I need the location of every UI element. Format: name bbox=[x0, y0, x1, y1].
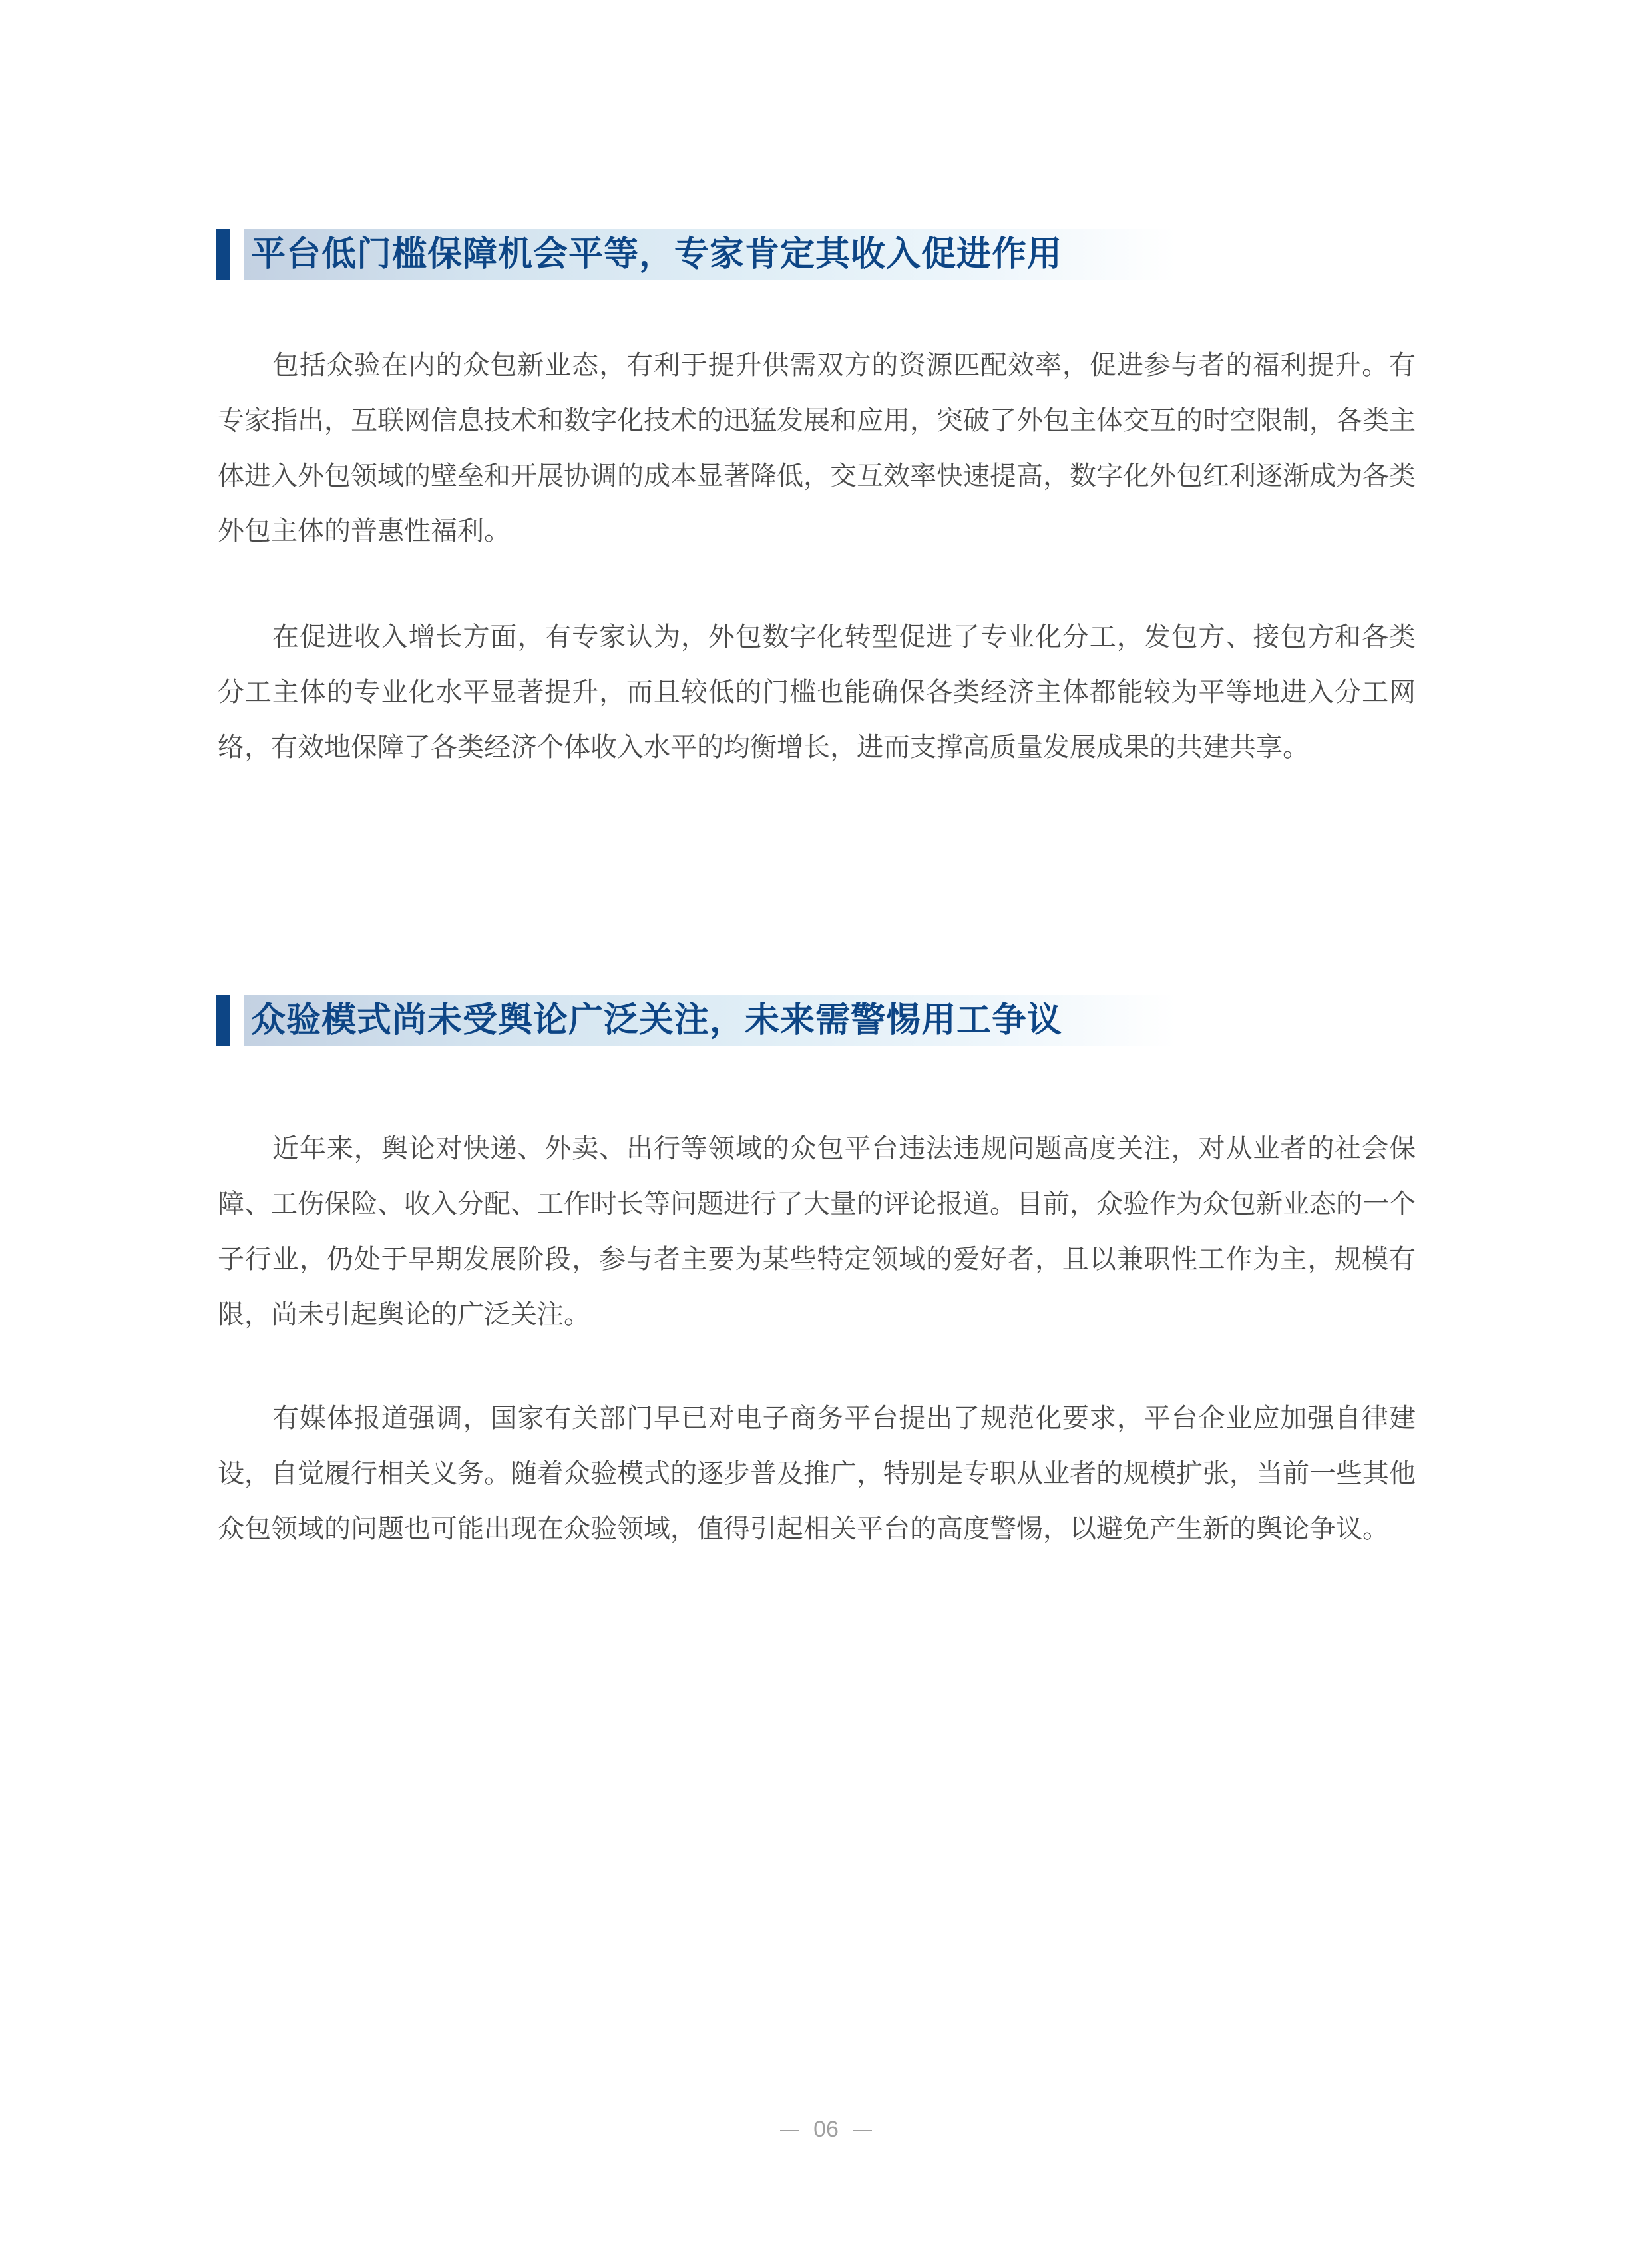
dash-left bbox=[780, 2130, 799, 2131]
section-title: 众验模式尚未受舆论广泛关注，未来需警惕用工争议 bbox=[251, 995, 1062, 1046]
section-heading-2: 众验模式尚未受舆论广泛关注，未来需警惕用工争议 bbox=[216, 995, 1181, 1046]
paragraph-1-1: 包括众验在内的众包新业态，有利于提升供需双方的资源匹配效率，促进参与者的福利提升… bbox=[218, 338, 1416, 559]
heading-accent-bar bbox=[216, 995, 230, 1046]
section-title: 平台低门槛保障机会平等，专家肯定其收入促进作用 bbox=[251, 229, 1062, 280]
page-number-text: 06 bbox=[813, 2117, 839, 2142]
paragraph-2-2: 有媒体报道强调，国家有关部门早已对电子商务平台提出了规范化要求，平台企业应加强自… bbox=[218, 1391, 1416, 1557]
section-heading-1: 平台低门槛保障机会平等，专家肯定其收入促进作用 bbox=[216, 229, 1181, 280]
paragraph-1-2: 在促进收入增长方面，有专家认为，外包数字化转型促进了专业化分工，发包方、接包方和… bbox=[218, 610, 1416, 775]
dash-right bbox=[853, 2130, 872, 2131]
heading-accent-bar bbox=[216, 229, 230, 280]
paragraph-2-1: 近年来，舆论对快递、外卖、出行等领域的众包平台违法违规问题高度关注，对从业者的社… bbox=[218, 1121, 1416, 1342]
page-number: 06 bbox=[0, 2117, 1652, 2142]
